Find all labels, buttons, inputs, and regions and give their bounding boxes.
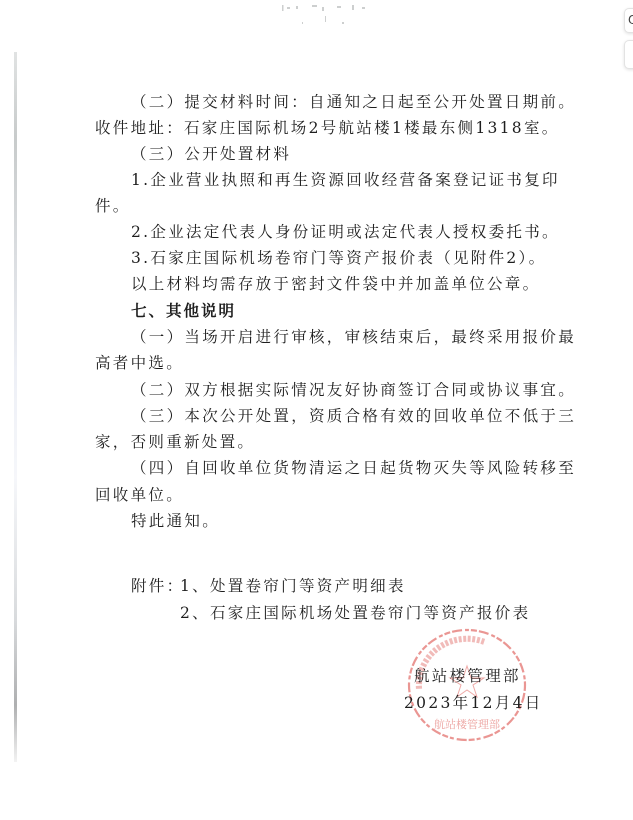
paragraph-submission-time: （二）提交材料时间：自通知之日起至公开处置日期前。 (131, 92, 576, 112)
floating-button-1-label: Q (628, 13, 633, 27)
section-heading-materials: （三）公开处置材料 (131, 144, 291, 164)
floating-tool-button-1[interactable]: Q (624, 8, 633, 33)
signature-date: 2023年12月4日 (404, 693, 543, 713)
paragraph-address: 收件地址：石家庄国际机场2号航站楼1楼最东侧1318室。 (95, 118, 560, 138)
paragraph-note-4: （四）自回收单位货物清运之日起货物灭失等风险转移至 (131, 458, 576, 478)
section-heading-other-notes: 七、其他说明 (131, 301, 236, 321)
paragraph-item-1: 1.企业营业执照和再生资源回收经营备案登记证书复印 (131, 170, 560, 190)
scanned-document-page: （二）提交材料时间：自通知之日起至公开处置日期前。 收件地址：石家庄国际机场2号… (0, 0, 633, 820)
paragraph-item-2: 2.企业法定代表人身份证明或法定代表人授权委托书。 (131, 222, 560, 242)
attachments-label: 附件： (131, 576, 184, 596)
paragraph-closing: 特此通知。 (131, 511, 220, 531)
paragraph-note-3-cont: 家，否则重新处置。 (95, 432, 255, 452)
paragraph-note-1: （一）当场开启进行审核，审核结束后，最终采用报价最 (131, 327, 576, 347)
floating-tool-button-2[interactable] (624, 40, 633, 69)
scan-artifact-left-edge (14, 52, 17, 762)
attachment-item-1: 1、处置卷帘门等资产明细表 (180, 576, 406, 596)
paragraph-note-1-cont: 高者中选。 (95, 353, 184, 373)
paragraph-note-4-cont: 回收单位。 (95, 485, 184, 505)
paragraph-item-1-cont: 件。 (95, 196, 131, 216)
attachment-item-2: 2、石家庄国际机场处置卷帘门等资产报价表 (180, 603, 530, 623)
paragraph-note-2: （二）双方根据实际情况友好协商签订合同或协议事宜。 (131, 380, 576, 400)
scan-artifact-top (282, 2, 372, 28)
paragraph-sealing-note: 以上材料均需存放于密封文件袋中并加盖单位公章。 (131, 274, 540, 294)
paragraph-note-3: （三）本次公开处置，资质合格有效的回收单位不低于三 (131, 406, 576, 426)
seal-bottom-text: 航站楼管理部 (434, 717, 500, 731)
signature-department: 航站楼管理部 (414, 666, 521, 686)
paragraph-item-3: 3.石家庄国际机场卷帘门等资产报价表（见附件2）。 (131, 248, 546, 268)
